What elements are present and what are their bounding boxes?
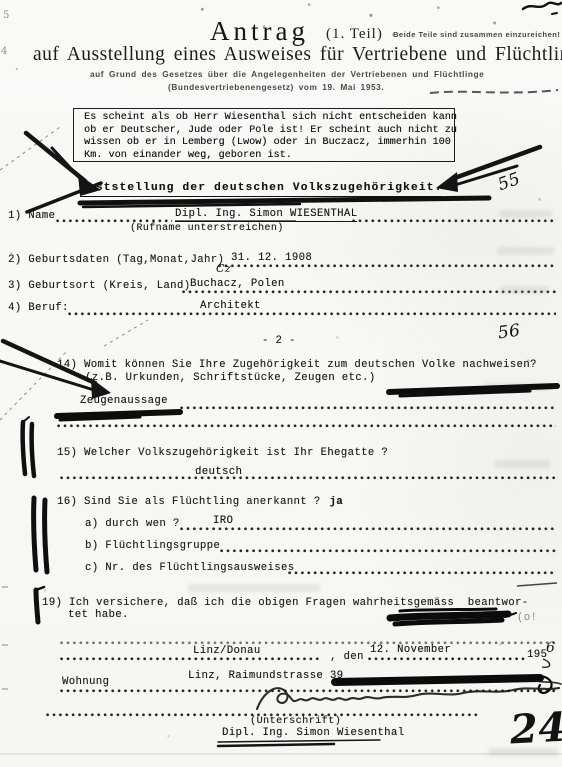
edge-tick <box>2 586 8 588</box>
edge-tick <box>2 688 8 690</box>
title-side-note: Beide Teile sind zusammen einzureichen! <box>393 30 560 39</box>
handwritten-number-24: 24 <box>509 704 562 754</box>
document-title: Antrag <box>210 16 309 47</box>
scanned-application-form: Antrag (1. Teil) Beide Teile sind zusamm… <box>0 0 562 767</box>
reviewer-annotation-box: Es scheint als ob Herr Wiesenthal sich n… <box>73 108 455 162</box>
margin-emphasis-bars <box>23 417 47 622</box>
q16a-label: a) durch wen ? <box>85 518 180 530</box>
den-label: , den <box>330 651 364 663</box>
q14-line2: (z.B. Urkunden, Schriftstücke, Zeugen et… <box>85 372 376 384</box>
corner-squiggle <box>523 3 561 14</box>
signature-caption: (Unterschrift) <box>250 716 341 727</box>
legal-basis-line1: auf Grund des Gesetzes über die Angelege… <box>90 69 484 79</box>
q2-answer: 31. 12. 1908 <box>231 252 312 264</box>
legal-basis-line2: (Bundesvertriebenengesetz) vom 19. Mai 1… <box>168 82 384 92</box>
dotted-leader <box>368 657 528 661</box>
bleed-through-smudge <box>188 584 320 592</box>
dotted-leader <box>220 549 556 553</box>
signature-scrawl <box>257 681 561 709</box>
year-typed: 195 <box>527 649 547 661</box>
q2-label: 2) Geburtsdaten (Tag,Monat,Jahr) <box>8 254 224 266</box>
heading-heavy-underline <box>80 198 489 207</box>
date-value: 12. November <box>370 644 451 656</box>
page-number-marker: - 2 - <box>262 335 296 347</box>
pencil-mark-5: 5 <box>3 10 10 21</box>
q16a-answer: IRO <box>213 515 233 527</box>
dotted-leader <box>180 406 556 410</box>
dotted-leader <box>68 312 556 316</box>
annotation-line: Km. von einander weg, geboren ist. <box>84 150 454 163</box>
dotted-leader <box>60 689 556 693</box>
signer-name: Dipl. Ing. Simon Wiesenthal <box>222 727 404 739</box>
q4-label: 4) Beruf: <box>8 302 69 314</box>
bleed-through-smudge <box>485 383 550 391</box>
annotation-line: Es scheint als ob Herr Wiesenthal sich n… <box>84 112 454 125</box>
annotation-line: wissen ob er in Lemberg (Lwow) oder in B… <box>84 137 454 150</box>
section-heading: Feststellung der deutschen Volkszugehöri… <box>80 182 442 197</box>
q1-answer: Dipl. Ing. Simon WIESENTHAL <box>175 208 357 222</box>
q14-line1: 14) Womit können Sie Ihre Zugehörigkeit … <box>57 359 537 371</box>
document-title-part: (1. Teil) <box>326 26 383 43</box>
dotted-leader <box>60 641 556 645</box>
q19-line2: tet habe. <box>68 609 129 621</box>
q19-redaction-scribble <box>390 609 516 624</box>
bleed-through-smudge <box>497 247 554 255</box>
document-subtitle: auf Ausstellung eines Ausweises für Vert… <box>33 44 562 66</box>
q14-answer: Zeugenaussage <box>80 395 168 407</box>
pencil-mark-4: 4 <box>1 46 8 57</box>
q1-hint: (Rufname unterstreichen) <box>130 223 284 234</box>
dotted-leader <box>218 264 556 268</box>
q19-line1: 19) Ich versichere, daß ich die obigen F… <box>42 597 529 609</box>
q3-answer: Buchacz, Polen <box>190 278 285 290</box>
q16-label-text: 16) Sind Sie als Flüchtling anerkannt ? <box>57 496 321 508</box>
q16c-label: c) Nr. des Flüchtlingsausweises <box>85 562 294 574</box>
bleed-through-smudge <box>488 748 558 756</box>
dotted-leader <box>60 657 320 661</box>
scan-edge-line <box>0 753 562 755</box>
handwritten-year-digit: 6 <box>546 640 555 656</box>
dotted-leader <box>57 424 556 428</box>
right-margin-dash <box>517 583 557 586</box>
signer-name-underline <box>218 740 380 746</box>
q16b-label: b) Flüchtlingsgruppe <box>85 540 220 552</box>
handwritten-number-56: 56 <box>497 321 522 344</box>
address-value: Linz, Raimundstrasse 39 <box>188 670 343 682</box>
bleed-through-smudge <box>500 286 548 294</box>
zeugenaussage-underline <box>57 412 180 420</box>
annotation-line: ob er Deutscher, Jude oder Pole ist! Er … <box>84 125 454 138</box>
place-value: Linz/Donau <box>193 645 261 657</box>
q15-answer: deutsch <box>195 466 242 478</box>
dotted-leader <box>60 476 556 480</box>
q1-label: 1) Name <box>8 210 55 222</box>
dotted-leader <box>288 571 556 575</box>
bleed-through-smudge <box>500 210 552 218</box>
edge-tick <box>2 644 8 646</box>
q15-label: 15) Welcher Volkszugehörigkeit ist Ihr E… <box>57 447 388 459</box>
bleed-through-smudge <box>495 460 550 468</box>
q4-answer: Architekt <box>200 300 261 312</box>
handwritten-cz-correction: Cz <box>216 262 231 275</box>
legal-line-streak <box>430 90 558 93</box>
handwritten-number-55: 55 <box>495 169 523 195</box>
dotted-leader <box>352 219 556 223</box>
q3-label: 3) Geburtsort (Kreis, Land) <box>8 280 190 292</box>
q16-label: 16) Sind Sie als Flüchtling anerkannt ?j… <box>57 496 343 508</box>
faint-margin-note: (o! <box>517 612 537 624</box>
q16-answer: ja <box>321 496 344 508</box>
wohnung-label: Wohnung <box>62 676 109 688</box>
dotted-leader <box>180 527 556 531</box>
